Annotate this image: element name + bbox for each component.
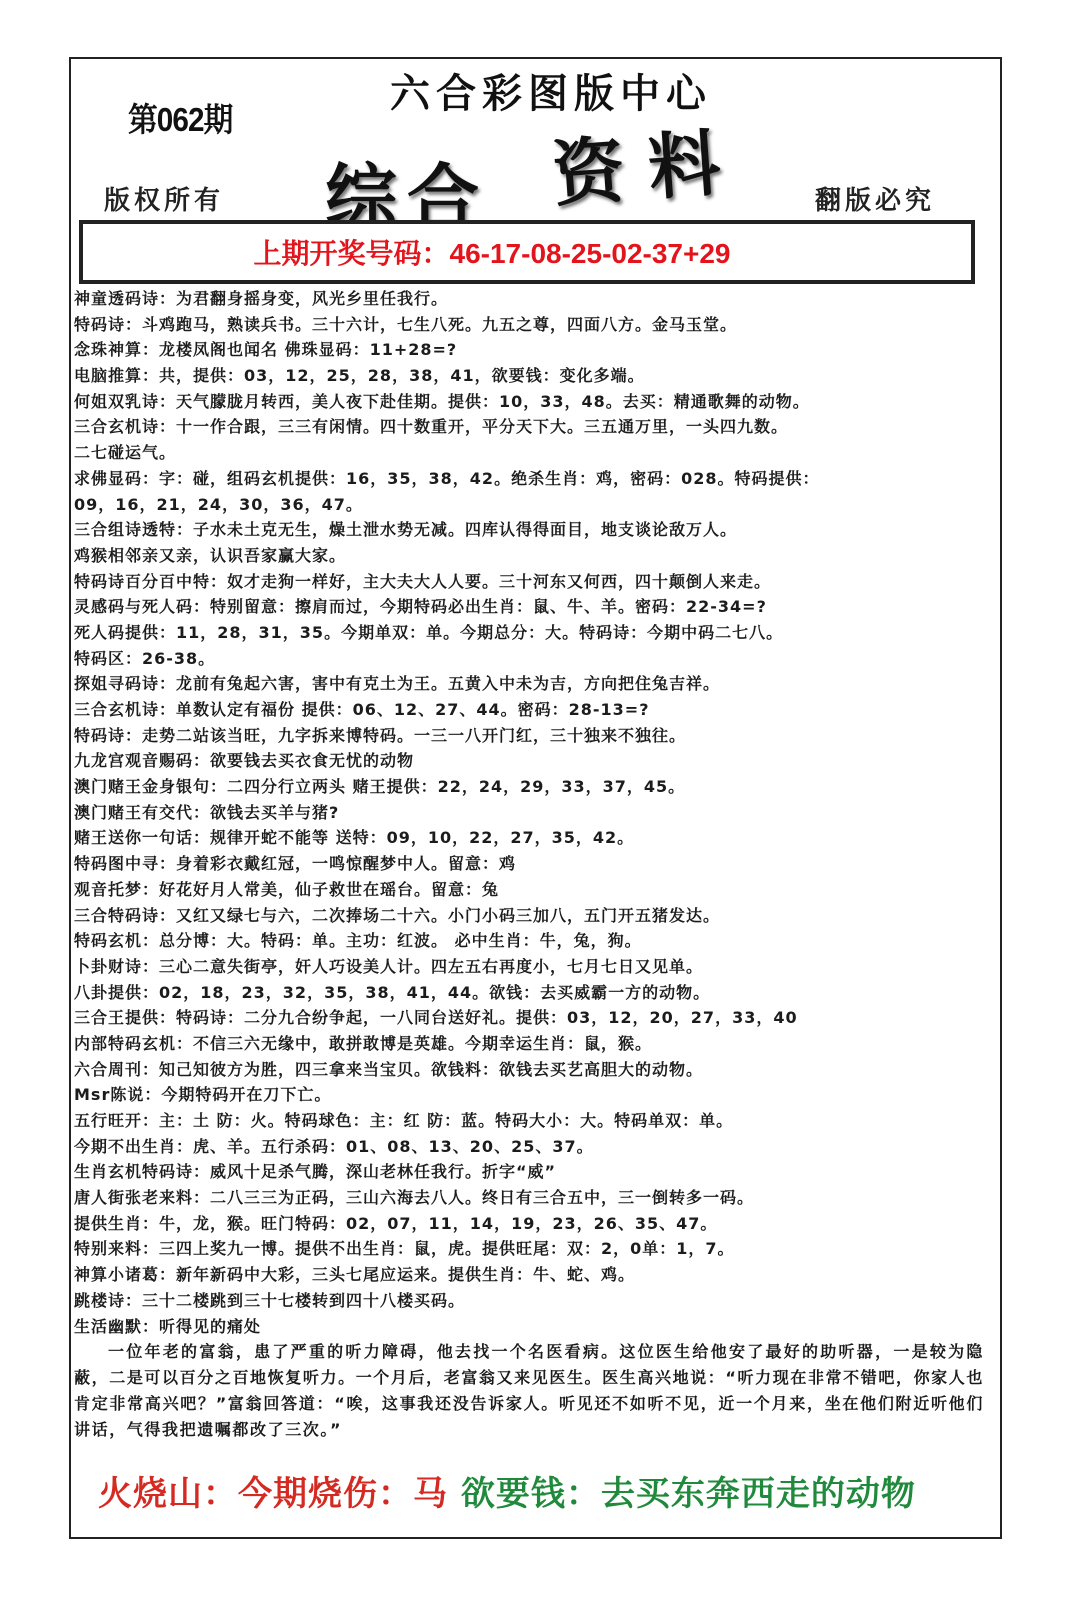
text-line: 六合周刊：知己知彼方为胜，四三拿来当宝贝。欲钱料：欲钱去买艺高胆大的动物。: [74, 1057, 994, 1083]
text-line: 电脑推算：共，提供：03，12，25，28，38，41，欲要钱：变化多端。: [74, 363, 994, 389]
text-line: 今期不出生肖：虎、羊。五行杀码：01、08、13、20、25、37。: [74, 1134, 994, 1160]
text-line: 三合王提供：特码诗：二分九合纷争起，一八同台送好礼。提供：03，12，20，27…: [74, 1005, 994, 1031]
text-line: 生肖玄机特码诗：威风十足杀气腾，深山老林任我行。折字“威”: [74, 1159, 994, 1185]
text-line: 特码诗：斗鸡跑马，熟读兵书。三十六计，七生八死。九五之尊，四面八方。金马玉堂。: [74, 312, 994, 338]
text-line: 唐人街张老来料：二八三三为正码，三山六海去八人。终日有三合五中，三一倒转多一码。: [74, 1185, 994, 1211]
text-line: 神童透码诗：为君翻身摇身变，风光乡里任我行。: [74, 286, 994, 312]
text-line: 神算小诸葛：新年新码中大彩，三头七尾应运来。提供生肖：牛、蛇、鸡。: [74, 1262, 994, 1288]
humor-paragraph: 一位年老的富翁，患了严重的听力障碍，他去找一个名医看病。这位医生给他安了最好的助…: [74, 1339, 984, 1442]
issue-number: 第062期: [128, 94, 232, 141]
text-line: 三合玄机诗：十一作合跟，三三有闲情。四十数重开，平分天下大。三五通万里，一头四九…: [74, 414, 994, 440]
text-line: 探姐寻码诗：龙前有兔起六害，害中有克土为王。五黄入中未为吉，方向把住兔吉祥。: [74, 671, 994, 697]
text-line: 观音托梦：好花好月人常美，仙子救世在瑶台。留意：兔: [74, 877, 994, 903]
text-line: 三合特码诗：又红又绿七与六，二次捧场二十六。小门小码三加八，五门开五猪发达。: [74, 903, 994, 929]
text-line: 卜卦财诗：三心二意失街亭，奸人巧设美人计。四左五右再度小，七月七日又见单。: [74, 954, 994, 980]
main-title-part-2: 资料: [549, 103, 748, 220]
footer-banner: 火烧山：今期烧伤：马 欲要钱：去买东奔西走的动物: [98, 1466, 916, 1515]
text-line: 鸡猴相邻亲又亲，认识吾家赢大家。: [74, 543, 994, 569]
text-line: 二七碰运气。: [74, 440, 994, 466]
text-line: 特别来料：三四上奖九一博。提供不出生肖：鼠，虎。提供旺尾：双：2，0单：1，7。: [74, 1236, 994, 1262]
content-lines: 神童透码诗：为君翻身摇身变，风光乡里任我行。 特码诗：斗鸡跑马，熟读兵书。三十六…: [74, 286, 994, 1442]
last-draw-numbers: 46-17-08-25-02-37+29: [450, 238, 731, 269]
text-line: 澳门赌王有交代：欲钱去买羊与猪?: [74, 800, 994, 826]
text-line: 09，16，21，24，30，36，47。: [74, 492, 994, 518]
text-line: 三合玄机诗：单数认定有福份 提供：06、12、27、44。密码：28-13=?: [74, 697, 994, 723]
last-draw-box: 上期开奖号码：46-17-08-25-02-37+29: [79, 220, 975, 284]
text-line: 赌王送你一句话：规律开蛇不能等 送特：09，10，22，27，35，42。: [74, 825, 994, 851]
footer-green-text: 欲要钱：去买东奔西走的动物: [461, 1474, 916, 1514]
humor-title: 生活幽默：听得见的痛处: [74, 1314, 994, 1340]
footer-red-text: 火烧山：今期烧伤：马: [98, 1474, 448, 1514]
text-line: 五行旺开：主：土 防：火。特码球色：主：红 防：蓝。特码大小：大。特码单双：单。: [74, 1108, 994, 1134]
copyright-right: 翻版必究: [815, 180, 935, 217]
text-line: 八卦提供：02，18，23，32，35，38，41，44。欲钱：去买威霸一方的动…: [74, 980, 994, 1006]
text-line: 特码区：26-38。: [74, 646, 994, 672]
text-line: 澳门赌王金身银句：二四分行立两头 赌王提供：22，24，29，33，37，45。: [74, 774, 994, 800]
text-line: 死人码提供：11，28，31，35。今期单双：单。今期总分：大。特码诗：今期中码…: [74, 620, 994, 646]
text-line: 内部特码玄机：不信三六无缘中，敢拼敢博是英雄。今期幸运生肖：鼠，猴。: [74, 1031, 994, 1057]
text-line: 灵感码与死人码：特别留意：擦肩而过，今期特码必出生肖：鼠、牛、羊。密码：22-3…: [74, 594, 994, 620]
text-line: 念珠神算：龙楼凤阁也闻名 佛珠显码：11+28=?: [74, 337, 994, 363]
copyright-left: 版权所有: [104, 180, 224, 217]
text-line: Msr陈说：今期特码开在刀下亡。: [74, 1082, 994, 1108]
text-line: 三合组诗透特：子水未土克无生，燥土泄水势无减。四库认得得面目，地支谈论敌万人。: [74, 517, 994, 543]
last-draw-label: 上期开奖号码：: [254, 238, 450, 269]
text-line: 九龙宫观音赐码：欲要钱去买衣食无忧的动物: [74, 748, 994, 774]
text-line: 特码图中寻：身着彩衣戴红冠，一鸣惊醒梦中人。留意：鸡: [74, 851, 994, 877]
text-line: 特码诗：走势二站该当旺，九字拆来博特码。一三一八开门红，三十独来不独往。: [74, 723, 994, 749]
last-draw-result: 上期开奖号码：46-17-08-25-02-37+29: [254, 232, 731, 272]
text-line: 求佛显码：字：碰，组码玄机提供：16，35，38，42。绝杀生肖：鸡，密码：02…: [74, 466, 994, 492]
text-line: 特码诗百分百中特：奴才走狗一样好，主大夫大人人要。三十河东又何西，四十颠倒人来走…: [74, 569, 994, 595]
text-line: 何姐双乳诗：天气朦胧月转西，美人夜下赴佳期。提供：10，33，48。去买：精通歌…: [74, 389, 994, 415]
text-line: 特码玄机：总分博：大。特码：单。主功：红波。 必中生肖：牛，兔，狗。: [74, 928, 994, 954]
text-line: 提供生肖：牛，龙，猴。旺门特码：02，07，11，14，19，23，26、35、…: [74, 1211, 994, 1237]
text-line: 跳楼诗：三十二楼跳到三十七楼转到四十八楼买码。: [74, 1288, 994, 1314]
